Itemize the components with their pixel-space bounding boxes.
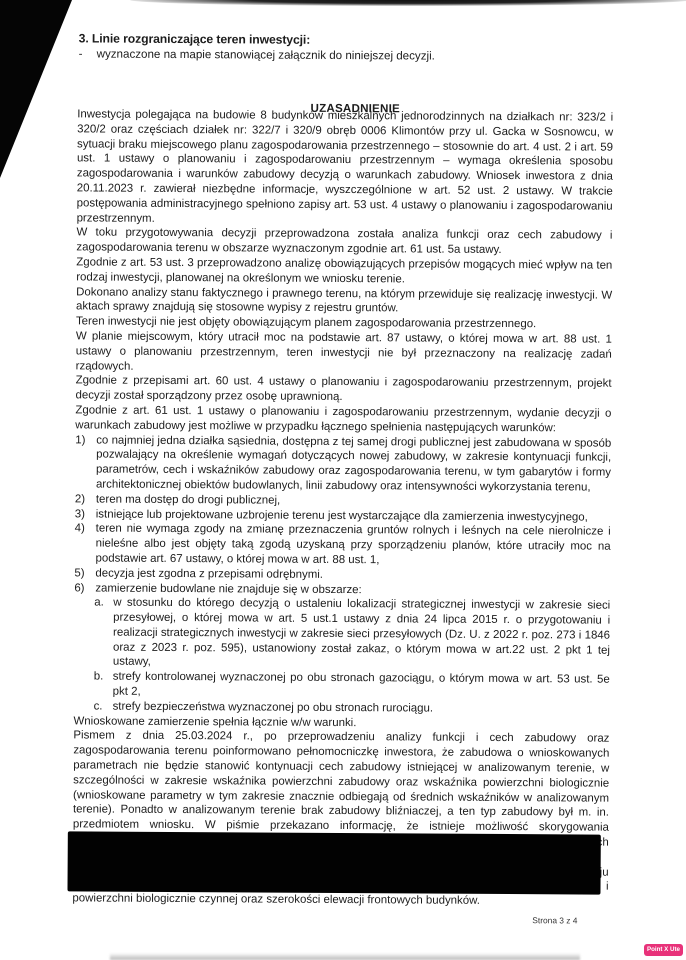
sub-condition-item: b. strefy kontrolowanej wyznaczonej po o… xyxy=(74,670,610,703)
scan-shadow-bottom xyxy=(110,953,580,960)
paragraph: W planie miejscowym, który utracił moc n… xyxy=(76,329,612,377)
condition-text: istniejące lub projektowane uzbrojenie t… xyxy=(96,508,588,523)
condition-item: 1) co najmniej jedna działka sąsiednia, … xyxy=(75,433,611,495)
paragraph: W toku przygotowywania decyzji przeprowa… xyxy=(76,226,612,259)
condition-text: teren ma dostęp do drogi publicznej, xyxy=(96,493,280,506)
page-number: Strona 3 z 4 xyxy=(532,915,577,925)
document-page: 3. Linie rozgraniczające teren inwestycj… xyxy=(0,0,686,960)
document-body: Inwestycja polegająca na budowie 8 budyn… xyxy=(72,107,613,909)
bullet-dash: - xyxy=(79,47,97,60)
condition-text: co najmniej jedna działka sąsiednia, dos… xyxy=(96,434,611,493)
condition-item: 4) teren nie wymaga zgody na zmianę prze… xyxy=(74,522,610,570)
sub-condition-text: strefy bezpieczeństwa wyznaczonej po obu… xyxy=(113,700,434,714)
condition-number: 6) xyxy=(74,581,84,596)
redaction-block xyxy=(67,831,600,894)
bullet-text: wyznaczone na mapie stanowiącej załączni… xyxy=(97,48,435,63)
condition-number: 5) xyxy=(74,566,84,581)
sub-condition-letter: b. xyxy=(94,670,104,685)
condition-number: 4) xyxy=(75,522,85,537)
condition-text: decyzja jest zgodna z przepisami odrębny… xyxy=(95,567,323,580)
watermark-badge: Point X Ute xyxy=(644,944,683,956)
paragraph: Inwestycja polegająca na budowie 8 budyn… xyxy=(77,107,614,229)
condition-text: zamierzenie budowlane nie znajduje się w… xyxy=(95,582,361,596)
section-bullet: -wyznaczone na mapie stanowiącej załączn… xyxy=(79,47,435,62)
sub-condition-letter: a. xyxy=(94,596,104,611)
sub-condition-item: a. w stosunku do którego decyzją o ustal… xyxy=(74,596,610,673)
section-heading: 3. Linie rozgraniczające teren inwestycj… xyxy=(79,31,311,46)
condition-number: 1) xyxy=(75,433,85,448)
paragraph: Zgodnie z przepisami art. 60 ust. 4 usta… xyxy=(75,374,611,407)
condition-number: 2) xyxy=(75,492,85,507)
condition-number: 3) xyxy=(75,507,85,522)
sub-condition-letter: c. xyxy=(94,699,103,714)
paragraph: Dokonano analizy stanu faktycznego i pra… xyxy=(76,285,612,318)
sub-condition-text: strefy kontrolowanej wyznaczonej po obu … xyxy=(113,671,610,698)
condition-text: teren nie wymaga zgody na zmianę przezna… xyxy=(95,523,610,566)
paragraph: Zgodnie z art. 53 ust. 3 przeprowadzono … xyxy=(76,255,612,288)
conditions-list: 1) co najmniej jedna działka sąsiednia, … xyxy=(74,433,612,717)
sub-condition-text: w stosunku do którego decyzją o ustaleni… xyxy=(113,597,610,668)
paragraph: Zgodnie z art. 61 ust. 1 ustawy o planow… xyxy=(75,403,611,436)
